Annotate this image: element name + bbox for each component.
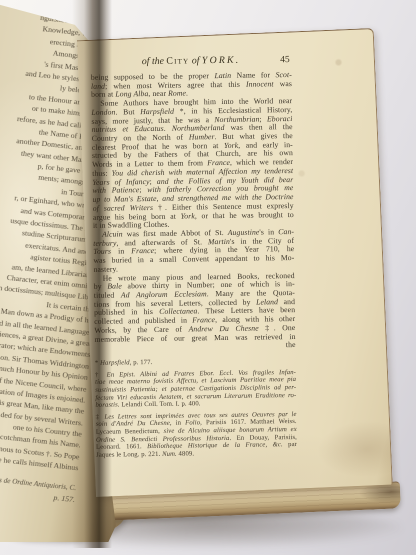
- running-title: of the City of YORK.: [91, 54, 292, 68]
- text-line: Jaques le Long. p. 221. Num. 4809.: [96, 449, 297, 459]
- footnotes: * Harpsfield, p. 177.† En Epist. Albini …: [95, 357, 297, 459]
- title-york: YORK.: [202, 55, 241, 67]
- text-line: * Harpsfield, p. 177.: [95, 357, 296, 367]
- book-photo: ISTORY and ANTIQUIT nguished them, and j…: [0, 0, 416, 555]
- page-header: of the City of YORK. 45: [91, 54, 292, 70]
- title-of-the: of the: [142, 56, 164, 67]
- main-text: being supposed to be the proper Latin Na…: [91, 71, 296, 353]
- page-number: 45: [280, 55, 290, 65]
- right-page-content: of the City of YORK. 45 being supposed t…: [91, 54, 298, 459]
- right-page: of the City of YORK. 45 being supposed t…: [77, 28, 393, 497]
- title-of: of: [192, 55, 200, 66]
- title-city: City: [166, 55, 189, 66]
- text-line: borastis. Lelandi Coll. Tom. I. p. 400.: [95, 399, 296, 409]
